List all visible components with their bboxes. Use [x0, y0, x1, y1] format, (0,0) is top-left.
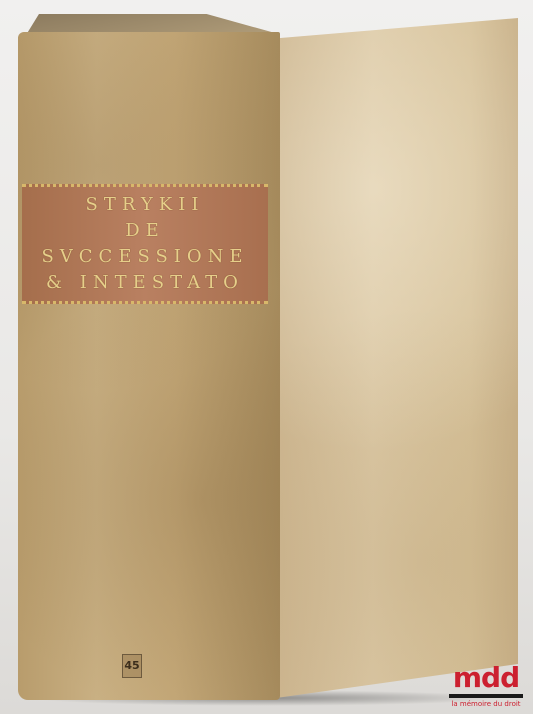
spine-label-line: SVCCESSIONE	[41, 244, 248, 270]
spine-title-label: STRYKII DE SVCCESSIONE & INTESTATO	[22, 184, 268, 304]
spine-label-line: STRYKII	[86, 192, 205, 218]
book-spine	[18, 32, 280, 700]
spine-label-line: & INTESTATO	[46, 270, 244, 296]
logo-bar	[449, 694, 523, 698]
shelf-number-tag: 45	[122, 654, 142, 678]
book-front-cover	[276, 18, 518, 698]
spine-label-line: DE	[125, 218, 165, 244]
mdd-logo: mdd la mémoire du droit	[445, 664, 527, 708]
logo-subtitle: la mémoire du droit	[445, 700, 527, 708]
logo-wordmark: mdd	[445, 664, 527, 692]
